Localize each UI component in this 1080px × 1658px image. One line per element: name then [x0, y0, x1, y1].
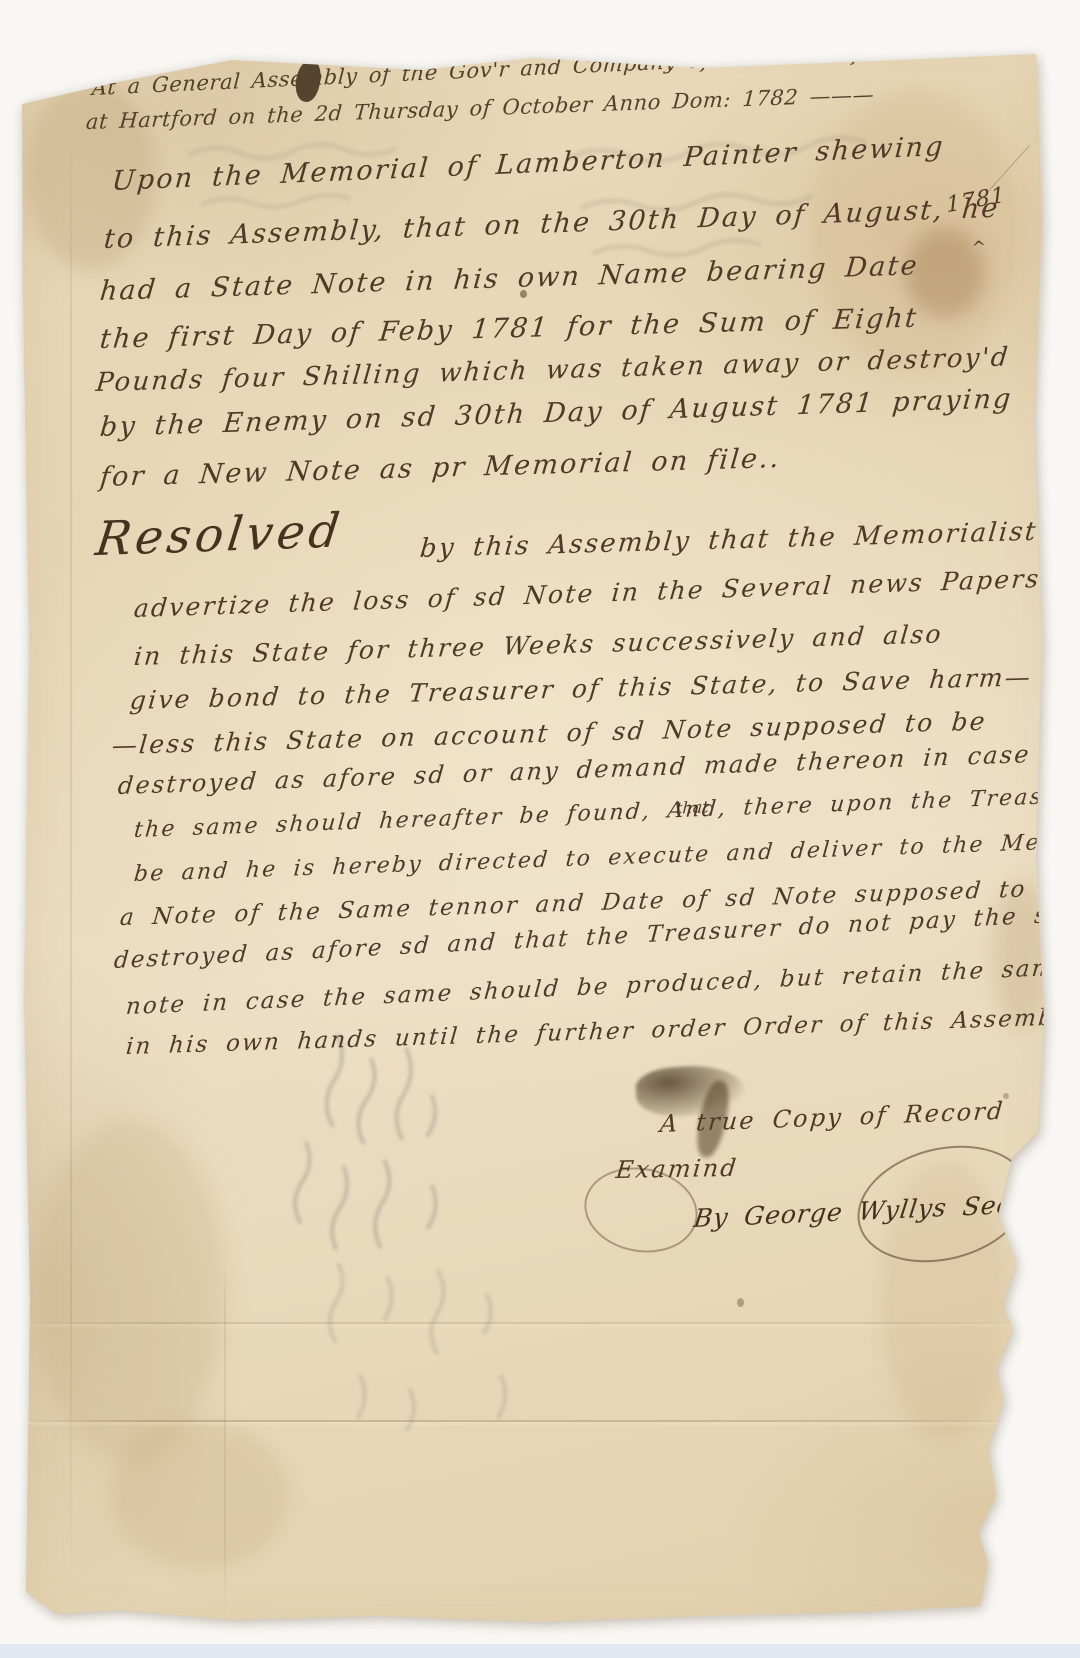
- resolved-keyword: Resolved: [93, 503, 347, 567]
- fold-crease-horizontal: [24, 1322, 1024, 1324]
- ink-blot-top: [504, 19, 561, 40]
- ink-speck: [737, 1298, 744, 1307]
- pencil-mark: [688, 8, 716, 53]
- memorial-line: the first Day of Feby 1781 for the Sum o…: [99, 303, 920, 356]
- header-line: At a General Assembly of the Gov'r and C…: [91, 30, 1080, 100]
- interlinear-insertion-that: that: [676, 797, 710, 818]
- resolved-line: advertize the loss of sd Note in the Sev…: [133, 564, 1042, 623]
- manuscript-scan: At a General Assembly of the Gov'r and C…: [0, 0, 1080, 1658]
- examined-note: Examind: [615, 1154, 740, 1184]
- bleed-through-ghost-writing: [292, 1251, 568, 1509]
- age-stain: [110, 1420, 290, 1570]
- aged-paper-sheet: At a General Assembly of the Gov'r and C…: [0, 0, 1080, 1658]
- insertion-caret-mark: ^: [971, 238, 987, 259]
- pencil-mark: [836, 19, 863, 57]
- resolved-line: by this Assembly that the Memorialist: [419, 517, 1039, 564]
- scanner-bed-strip: [0, 1644, 1080, 1658]
- memorial-line: for a New Note as pr Memorial on file..: [99, 443, 783, 493]
- age-stain: [34, 1120, 224, 1460]
- resolved-line: in this State for three Weeks successive…: [133, 619, 945, 671]
- resolved-line: give bond to the Treasurer of this State…: [129, 662, 1034, 715]
- fold-crease-vertical: [224, 1260, 226, 1620]
- fold-crease-horizontal: [24, 1420, 1014, 1422]
- memorial-line: had a State Note in his own Name bearing…: [99, 250, 921, 307]
- paper-shadow-wrap: At a General Assembly of the Gov'r and C…: [0, 0, 1080, 1658]
- fold-crease-vertical: [70, 120, 72, 1600]
